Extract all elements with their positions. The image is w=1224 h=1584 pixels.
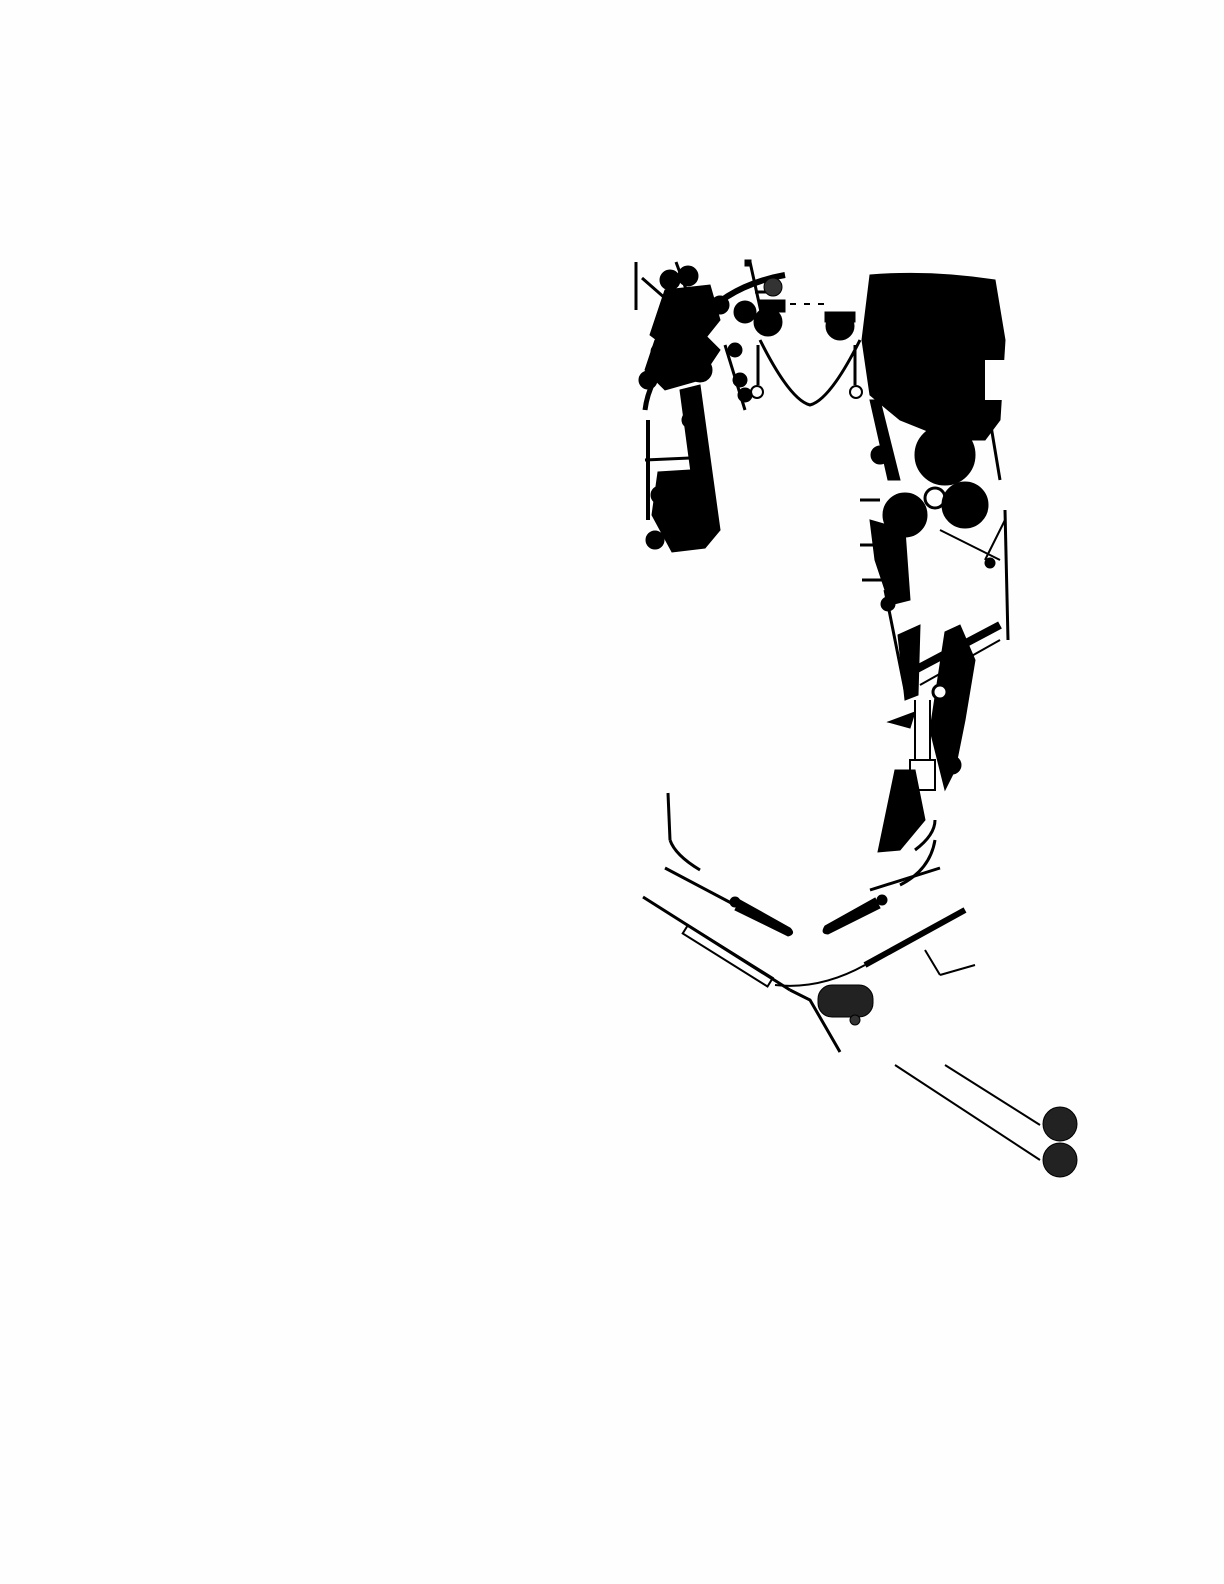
playfield-diagram (0, 0, 1224, 1584)
ball-drain-block (818, 985, 873, 1025)
left-inlane-guide (668, 793, 700, 870)
right-side-kicker-assembly (878, 590, 1000, 852)
scanned-page (0, 0, 1224, 1584)
left-flipper (730, 897, 793, 936)
pinball-ball-2 (1043, 1143, 1077, 1177)
top-right-mechanism-cluster (860, 273, 1010, 640)
right-flipper (823, 840, 940, 934)
left-outlane-rail (643, 868, 840, 1052)
right-outlane-rail (775, 910, 975, 986)
lower-guide-wire-upper (945, 1065, 1040, 1125)
pinball-ball-1 (1043, 1107, 1077, 1141)
